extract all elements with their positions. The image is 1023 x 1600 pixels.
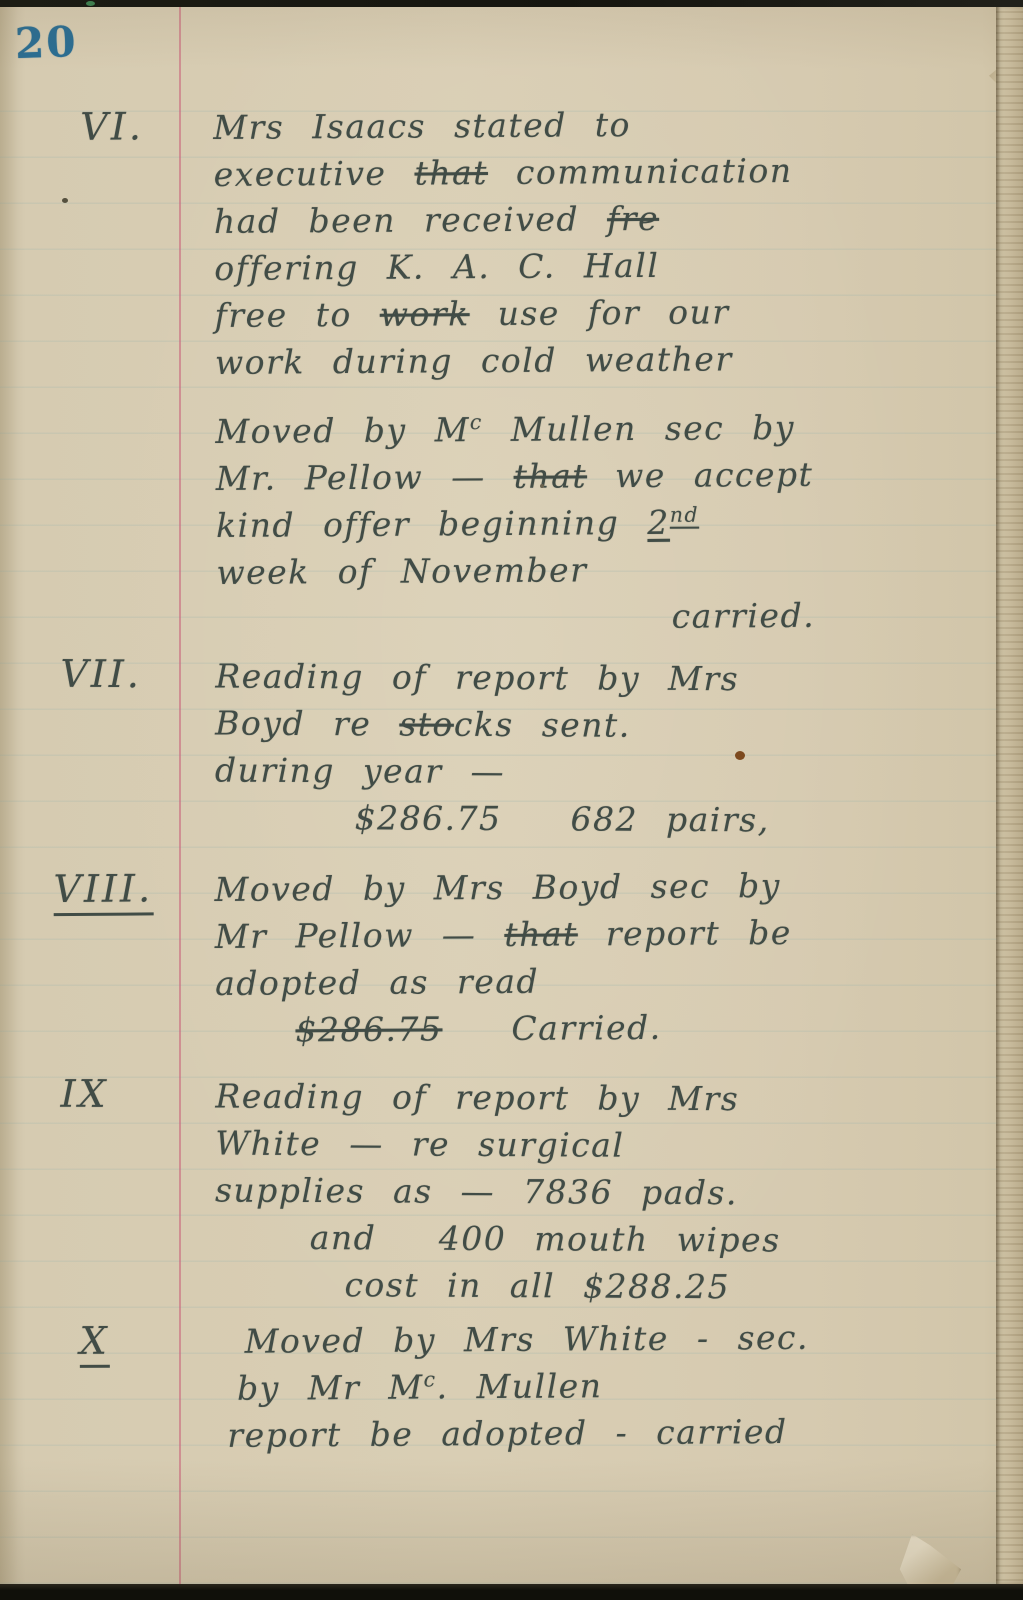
- handwriting-line: Mrs Isaacs stated to: [213, 99, 991, 151]
- handwritten-text: Mr Pellow —: [215, 915, 505, 956]
- minutes-section-VII: VII.Reading of report by MrsBoyd re stoc…: [0, 651, 993, 844]
- handwritten-text: Moved by Mrs White - sec.: [245, 1318, 810, 1361]
- handwritten-text: we accept: [587, 455, 814, 496]
- handwriting-line: week of November: [216, 544, 994, 596]
- section-numeral-X: X: [80, 1319, 110, 1368]
- section-body-VII: Reading of report by MrsBoyd re stocks s…: [215, 653, 994, 845]
- handwriting-line: Boyd re stocks sent.: [215, 700, 993, 751]
- handwriting-line: carried.: [672, 591, 995, 640]
- section-numeral-VI: VI.: [80, 104, 144, 148]
- handwritten-text: . Mullen: [436, 1366, 602, 1406]
- handwriting-line: supplies as — 7836 pads.: [215, 1167, 993, 1218]
- struck-text: sto: [399, 704, 454, 743]
- binding-speck: [86, 1, 95, 6]
- handwriting-line: during year —: [215, 747, 993, 798]
- handwritten-text: 2: [647, 503, 670, 542]
- handwriting-line: and 400 mouth wipes: [310, 1214, 993, 1265]
- handwritten-text: communication: [488, 151, 793, 192]
- handwritten-text: $286.75: [355, 798, 502, 838]
- handwriting-line: by Mr Mc. Mullen: [237, 1360, 993, 1412]
- minutes-section-IX: IXReading of report by MrsWhite — re sur…: [0, 1071, 994, 1311]
- handwritten-text: Mrs Isaacs stated to: [213, 105, 631, 147]
- handwritten-text: kind offer beginning: [216, 503, 648, 545]
- handwritten-text: supplies as — 7836 pads.: [215, 1171, 738, 1213]
- handwritten-text: work during cold weather: [215, 339, 733, 382]
- handwriting-line: Moved by Mrs White - sec.: [245, 1313, 993, 1365]
- handwriting-line: $286.75 Carried.: [295, 1002, 993, 1054]
- handwriting-line: had been received fre: [214, 193, 992, 245]
- struck-text: that: [513, 456, 587, 496]
- minutes-section-VI: VI.Mrs Isaacs stated toexecutive that co…: [0, 99, 995, 645]
- handwritten-text: report be: [578, 913, 792, 953]
- handwritten-text: White — re surgical: [215, 1124, 624, 1165]
- handwriting-line: Moved by Mrs Boyd sec by: [214, 861, 992, 913]
- handwritten-text: offering K. A. C. Hall: [214, 246, 659, 288]
- handwritten-text: executive: [213, 154, 414, 194]
- handwritten-text: Moved by Mrs Boyd sec by: [214, 866, 781, 909]
- handwritten-text: week of November: [216, 550, 587, 592]
- handwritten-text: c: [423, 1367, 436, 1391]
- handwriting-line: Reading of report by Mrs: [215, 1073, 993, 1124]
- handwritten-text: free to: [214, 295, 379, 335]
- handwritten-text: c: [470, 410, 483, 434]
- scan-top-edge: [0, 0, 1023, 7]
- handwritten-text: nd: [670, 503, 699, 527]
- book-page-stack-edge: [996, 6, 1023, 1584]
- scan-bottom-edge: [0, 1584, 1023, 1600]
- handwriting-line: work during cold weather: [215, 334, 993, 386]
- handwriting-line: Reading of report by Mrs: [215, 653, 993, 704]
- handwriting-line: adopted as read: [215, 955, 993, 1007]
- handwriting-line: Mr Pellow — that report be: [215, 908, 993, 960]
- struck-text: fre: [607, 199, 659, 238]
- handwritten-text: adopted as read: [215, 962, 539, 1003]
- handwritten-text: Reading of report by Mrs: [215, 657, 739, 699]
- handwritten-text: use for our: [470, 292, 730, 333]
- handwriting-line: kind offer beginning 2nd: [216, 497, 994, 549]
- handwriting-line: cost in all $288.25: [344, 1261, 992, 1311]
- section-body-VIII: Moved by Mrs Boyd sec byMr Pellow — that…: [214, 861, 993, 1054]
- handwritten-text: cks sent.: [454, 705, 631, 745]
- handwritten-text: carried.: [672, 596, 816, 636]
- section-body-X: Moved by Mrs White - sec.by Mr Mc. Mulle…: [215, 1313, 994, 1459]
- section-numeral-IX: IX: [60, 1072, 108, 1116]
- scanned-minutes-page: 20 VI.Mrs Isaacs stated toexecutive that…: [0, 0, 1023, 1600]
- struck-text: that: [504, 914, 578, 954]
- handwritten-text: cost in all $288.25: [344, 1265, 730, 1306]
- handwritten-text: 682 pairs,: [501, 799, 769, 839]
- handwriting-line: Moved by Mc Mullen sec by: [215, 403, 993, 455]
- handwritten-text: and 400 mouth wipes: [310, 1218, 781, 1259]
- minutes-section-X: XMoved by Mrs White - sec.by Mr Mc. Mull…: [0, 1313, 993, 1461]
- handwriting-line: White — re surgical: [215, 1120, 993, 1171]
- handwritten-text: Boyd re: [215, 704, 399, 744]
- handwritten-text: by Mr M: [237, 1368, 424, 1408]
- handwritten-text: Carried.: [442, 1008, 661, 1049]
- handwritten-text: Mr. Pellow —: [216, 457, 514, 498]
- section-body-IX: Reading of report by MrsWhite — re surgi…: [214, 1073, 993, 1312]
- handwritten-text: during year —: [215, 751, 505, 792]
- notebook-paper: 20 VI.Mrs Isaacs stated toexecutive that…: [0, 6, 1023, 1584]
- section-numeral-VII: VII.: [60, 652, 142, 696]
- struck-text: that: [414, 153, 488, 193]
- struck-text: $286.75: [295, 1009, 442, 1049]
- handwritten-text: report be adopted - carried: [227, 1412, 787, 1455]
- handwriting-line: free to work use for our: [214, 287, 992, 339]
- minutes-entries: VI.Mrs Isaacs stated toexecutive that co…: [0, 6, 1023, 1584]
- handwriting-line: offering K. A. C. Hall: [214, 240, 992, 292]
- handwriting-line: Mr. Pellow — that we accept: [216, 450, 994, 502]
- handwriting-line: executive that communication: [213, 146, 991, 198]
- handwritten-text: Reading of report by Mrs: [215, 1077, 739, 1119]
- section-numeral-VIII: VIII.: [53, 866, 153, 916]
- minutes-section-VIII: VIII.Moved by Mrs Boyd sec byMr Pellow —…: [0, 861, 994, 1056]
- struck-text: work: [380, 294, 470, 334]
- section-body-VI: Mrs Isaacs stated toexecutive that commu…: [213, 99, 995, 643]
- handwriting-line: report be adopted - carried: [227, 1407, 993, 1459]
- handwritten-text: Moved by M: [215, 410, 470, 451]
- handwriting-line: $286.75 682 pairs,: [355, 794, 993, 844]
- handwritten-text: Mullen sec by: [483, 408, 795, 449]
- handwritten-text: had been received: [214, 199, 607, 241]
